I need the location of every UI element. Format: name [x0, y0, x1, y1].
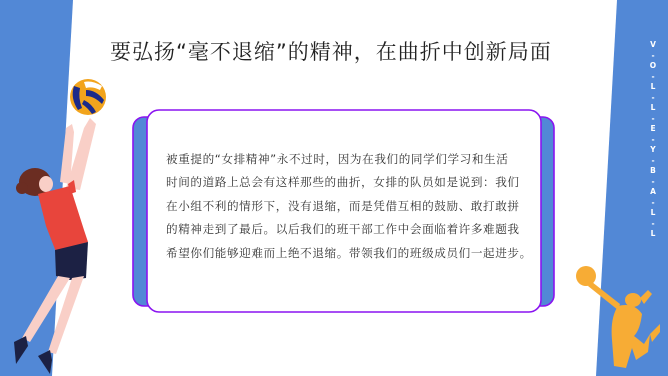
slide: 要弘扬“毫不退缩”的精神，在曲折中创新局面 被重提的“女排精神”永不过时，因为在… — [0, 0, 668, 376]
volleyball-player-silhouette — [0, 0, 668, 376]
